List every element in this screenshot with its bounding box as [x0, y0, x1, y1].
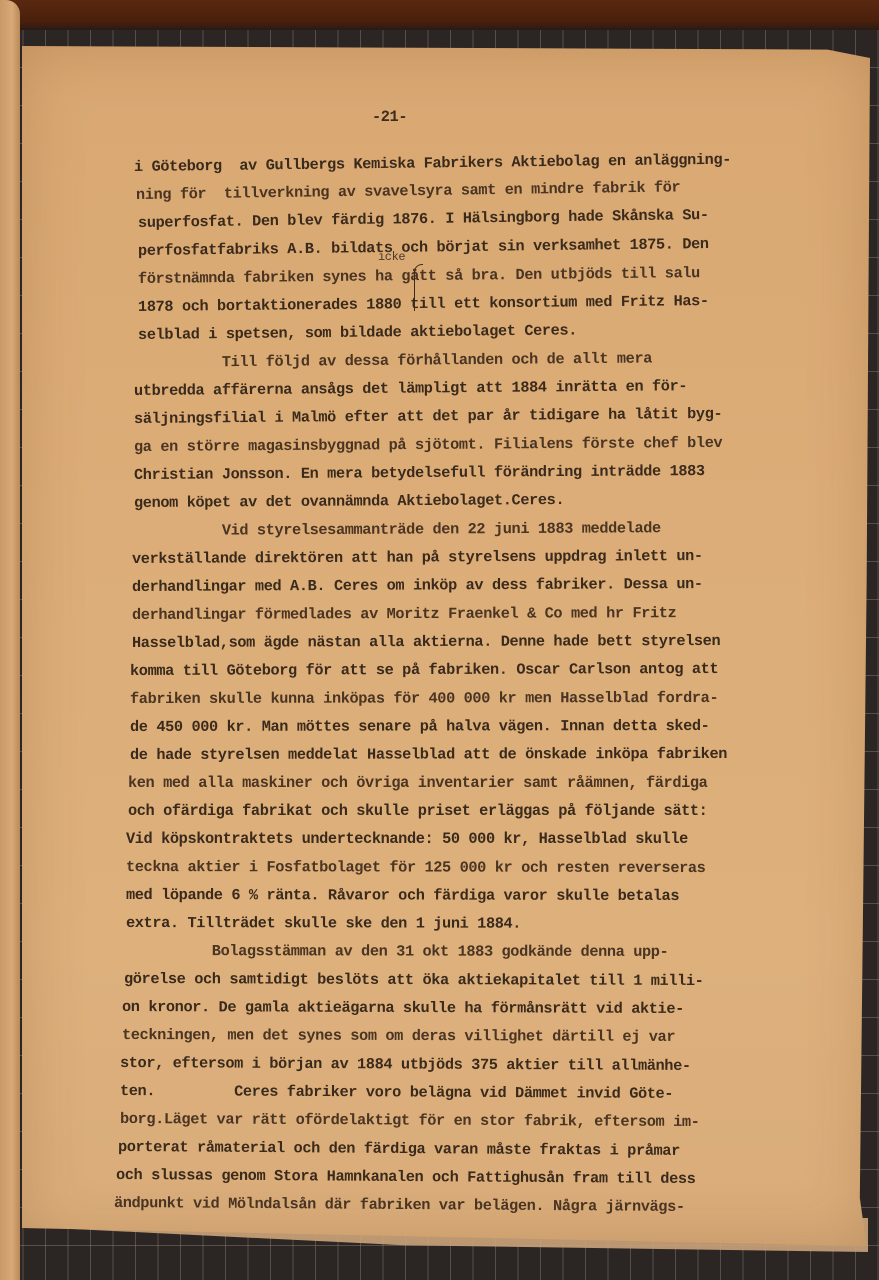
- insertion-caret-mark: [414, 264, 423, 311]
- handwritten-insertion: icke: [378, 250, 405, 264]
- text-line: derhandlingar förmedlades av Moritz Frae…: [132, 604, 676, 624]
- photo-scene: -21- i Göteborg av Gullbergs Kemiska Fab…: [0, 0, 879, 1280]
- text-line: med löpande 6 % ränta. Råvaror och färdi…: [126, 886, 679, 905]
- text-line: och ofärdiga fabrikat och skulle priset …: [128, 802, 707, 820]
- text-line: on kronor. De gamla aktieägarna skulle h…: [122, 998, 684, 1018]
- text-line: genom köpet av det ovannämnda Aktiebolag…: [134, 491, 564, 512]
- text-line: komma till Göteborg för att se på fabrik…: [130, 660, 718, 680]
- underlying-page-edge: [0, 0, 20, 1280]
- text-line: Bolagsstämman av den 31 okt 1883 godkänd…: [124, 942, 668, 961]
- text-line: ken med alla maskiner och övriga inventa…: [128, 774, 707, 792]
- text-line: verkställande direktören att han på styr…: [132, 547, 703, 568]
- text-line: de 450 000 kr. Man möttes senare på halv…: [130, 717, 709, 736]
- text-line: görelse och samtidigt beslöts att öka ak…: [124, 970, 704, 990]
- text-line: de hade styrelsen meddelat Hasselblad at…: [130, 745, 727, 764]
- page-number: -21-: [372, 108, 407, 126]
- text-line: ten. Ceres fabriker voro belägna vid Däm…: [120, 1082, 673, 1103]
- text-line: borg.Läget var rätt ofördelaktigt för en…: [120, 1110, 700, 1131]
- text-line: stor, eftersom i början av 1884 utbjöds …: [120, 1054, 691, 1075]
- text-line: Vid köpskontraktets undertecknande: 50 0…: [126, 830, 688, 848]
- text-line: teckna aktier i Fosfatbolaget för 125 00…: [126, 858, 705, 877]
- text-line: Hasselblad,som ägde nästan alla aktierna…: [132, 632, 720, 652]
- text-line: Vid styrelsesammanträde den 22 juni 1883…: [134, 519, 661, 540]
- text-line: fabriken skulle kunna inköpas för 400 00…: [130, 689, 718, 708]
- text-line: extra. Tillträdet skulle ske den 1 juni …: [126, 914, 521, 933]
- text-line: teckningen, men det synes som om deras v…: [122, 1026, 675, 1046]
- wooden-table-edge: [0, 0, 879, 30]
- text-line: derhandlingar med A.B. Ceres om inköp av…: [132, 575, 703, 596]
